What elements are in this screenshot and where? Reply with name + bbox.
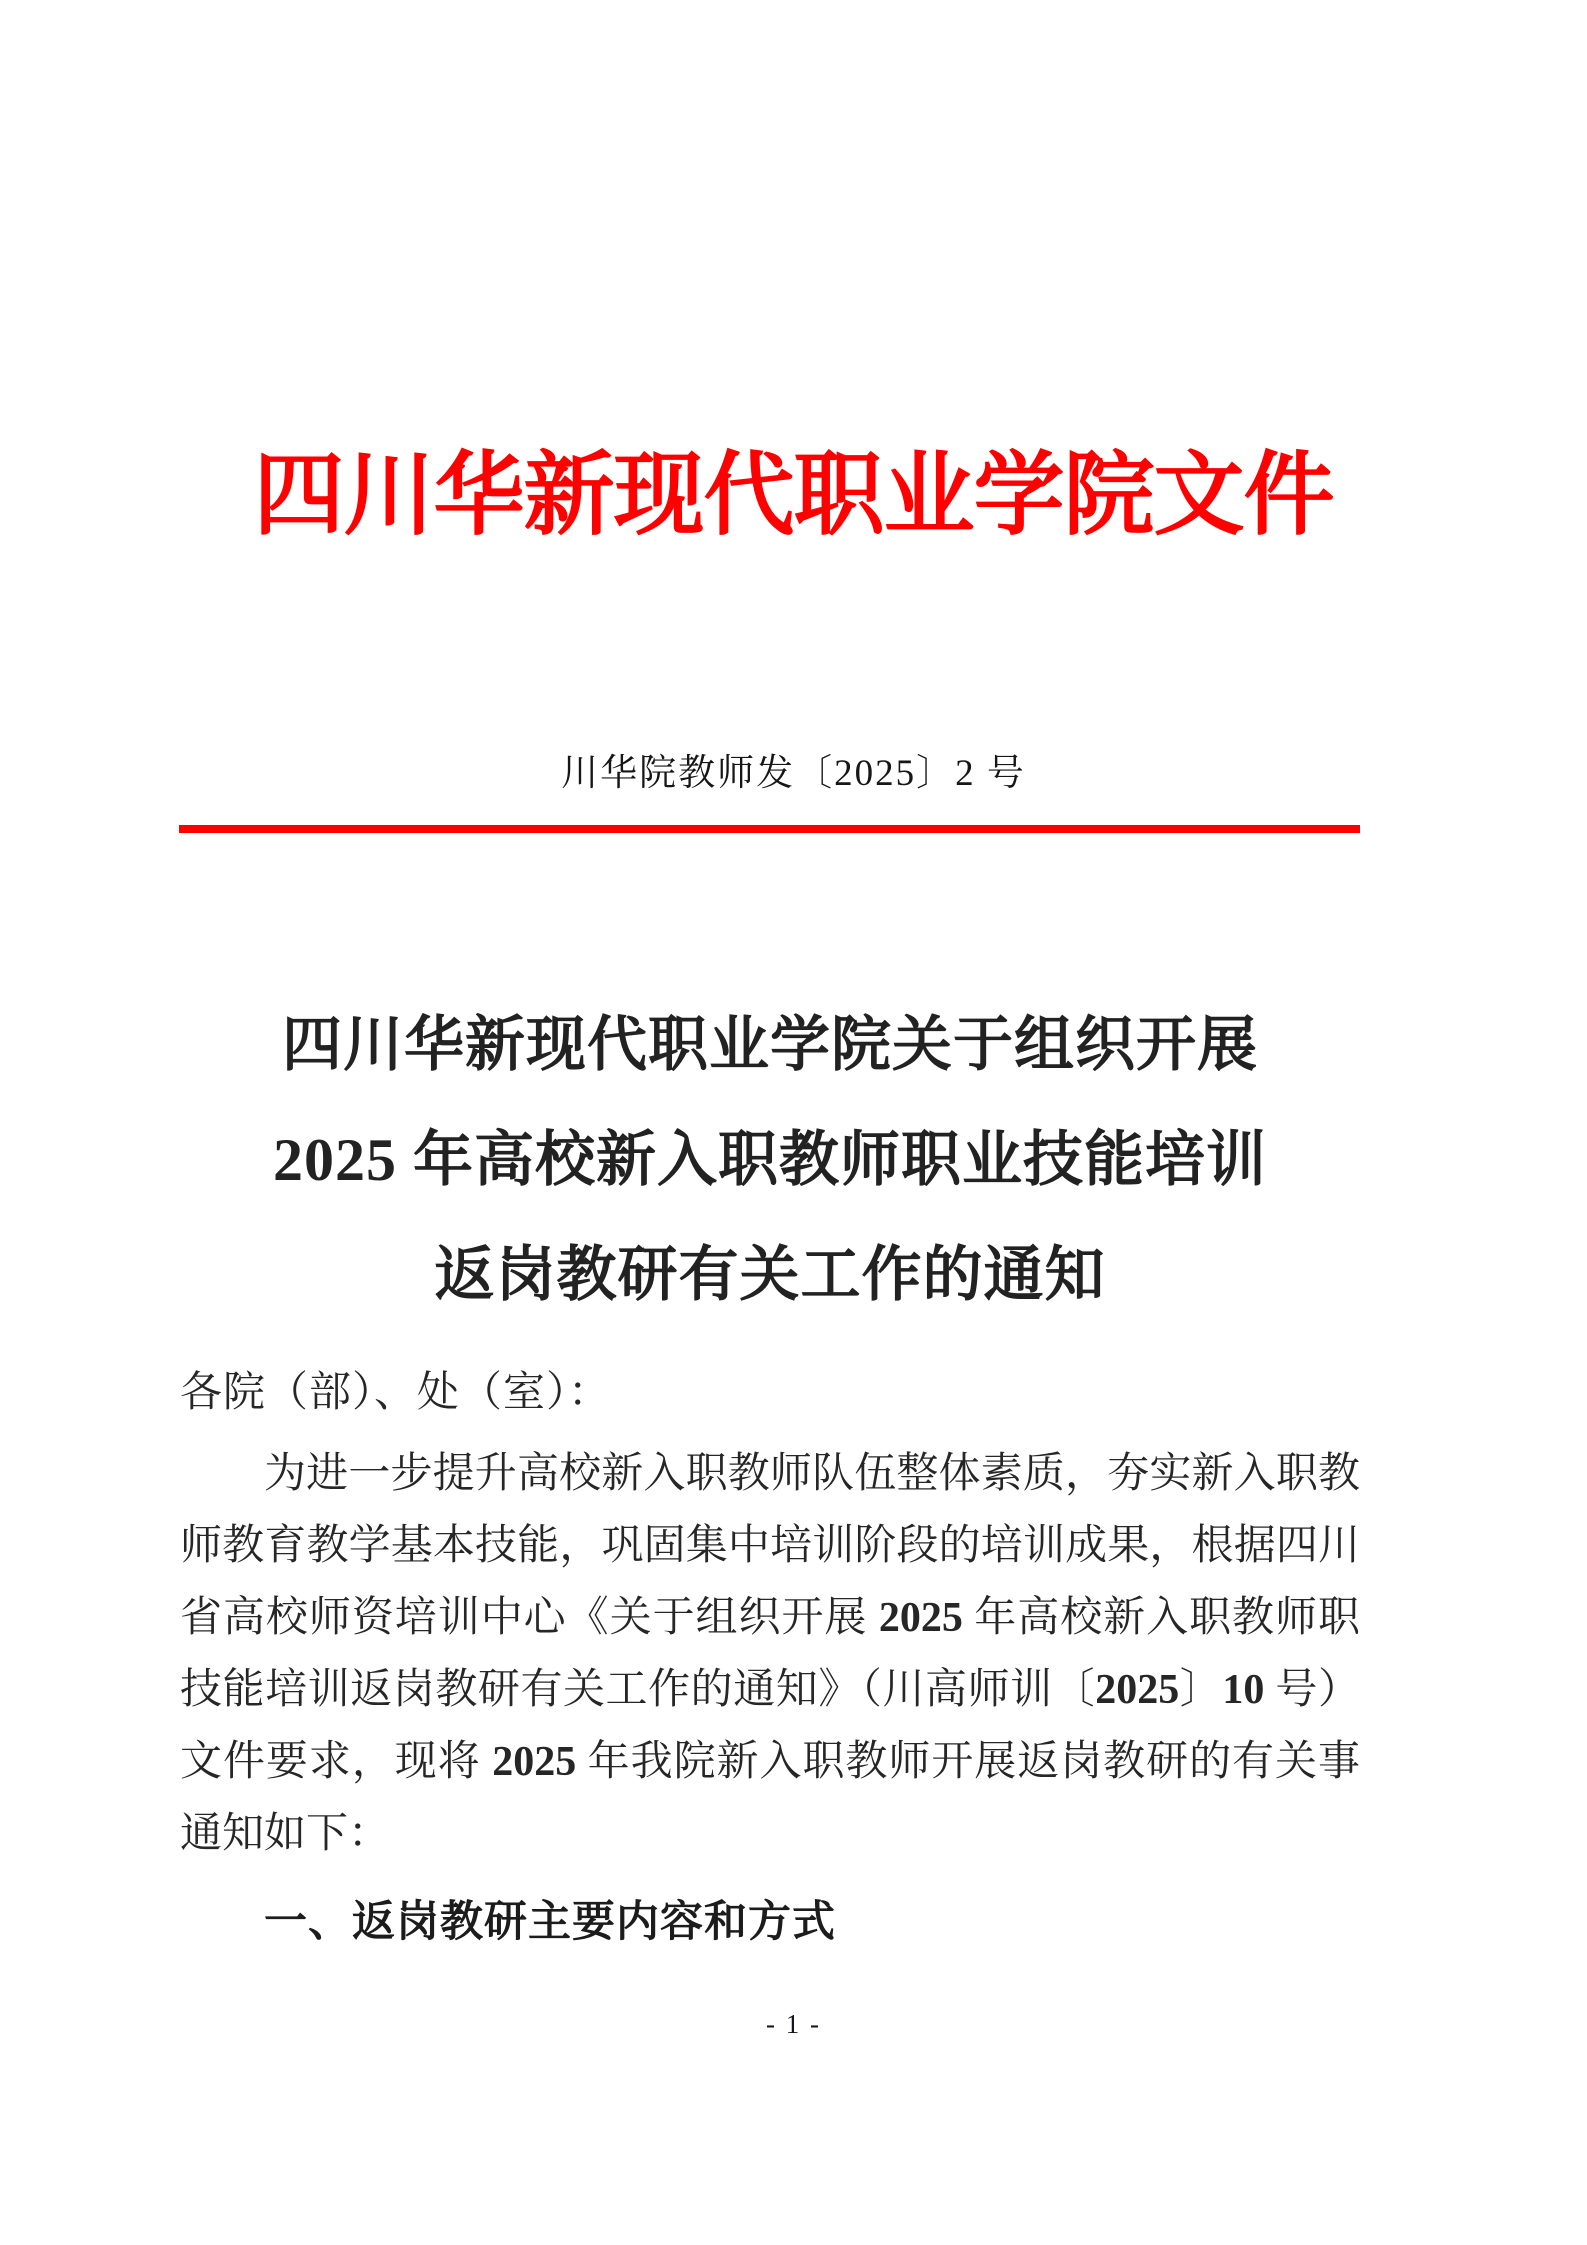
body-text: 省高校师资培训中心《关于组织开展 bbox=[180, 1595, 879, 1641]
document-title-line-2: 2025 年高校新入职教师职业技能培训 bbox=[180, 1103, 1360, 1218]
document-title: 四川华新现代职业学院关于组织开展 2025 年高校新入职教师职业技能培训 返岗教… bbox=[180, 988, 1360, 1333]
document-page: 四川华新现代职业学院文件 川华院教师发〔2025〕2 号 四川华新现代职业学院关… bbox=[0, 0, 1587, 2245]
body-text: 文件要求，现将 bbox=[180, 1739, 492, 1785]
letterhead-red-divider bbox=[179, 825, 1360, 833]
document-reference-number: 川华院教师发〔2025〕2 号 bbox=[0, 748, 1587, 800]
body-text: 号） bbox=[1264, 1667, 1360, 1713]
body-line-5: 文件要求，现将 2025 年我院新入职教师开展返岗教研的有关事项 bbox=[180, 1726, 1360, 1798]
body-line-1: 为进一步提升高校新入职教师队伍整体素质，夯实新入职教 bbox=[180, 1438, 1360, 1510]
body-year-number: 2025 bbox=[1095, 1667, 1179, 1713]
document-title-line-1: 四川华新现代职业学院关于组织开展 bbox=[180, 988, 1360, 1103]
body-line-6: 通知如下： bbox=[180, 1798, 1360, 1870]
document-title-line-3: 返岗教研有关工作的通知 bbox=[180, 1218, 1360, 1333]
body-line-2: 师教育教学基本技能，巩固集中培训阶段的培训成果，根据四川 bbox=[180, 1510, 1360, 1582]
body-text: 技能培训返岗教研有关工作的通知》（川高师训〔 bbox=[180, 1667, 1095, 1713]
letterhead-banner-title: 四川华新现代职业学院文件 bbox=[0, 438, 1587, 553]
salutation: 各院（部）、处（室）： bbox=[180, 1366, 1360, 1420]
body-line-4: 技能培训返岗教研有关工作的通知》（川高师训〔2025〕10 号） bbox=[180, 1654, 1360, 1726]
body-text: 为进一步提升高校新入职教师队伍整体素质，夯实新入职教 bbox=[264, 1451, 1360, 1497]
body-year-number: 2025 bbox=[492, 1739, 576, 1785]
body-text: 通知如下： bbox=[180, 1811, 390, 1857]
body-year-number: 2025 bbox=[879, 1595, 963, 1641]
page-number: - 1 - bbox=[0, 2006, 1587, 2042]
body-text: 师教育教学基本技能，巩固集中培训阶段的培训成果，根据四川 bbox=[180, 1523, 1360, 1569]
body-text: 〕 bbox=[1179, 1667, 1222, 1713]
body-doc-index-number: 10 bbox=[1222, 1667, 1264, 1713]
section-heading-1: 一、返岗教研主要内容和方式 bbox=[180, 1892, 1360, 1952]
body-paragraph: 为进一步提升高校新入职教师队伍整体素质，夯实新入职教 师教育教学基本技能，巩固集… bbox=[180, 1438, 1360, 1870]
body-line-3: 省高校师资培训中心《关于组织开展 2025 年高校新入职教师职业 bbox=[180, 1582, 1360, 1654]
